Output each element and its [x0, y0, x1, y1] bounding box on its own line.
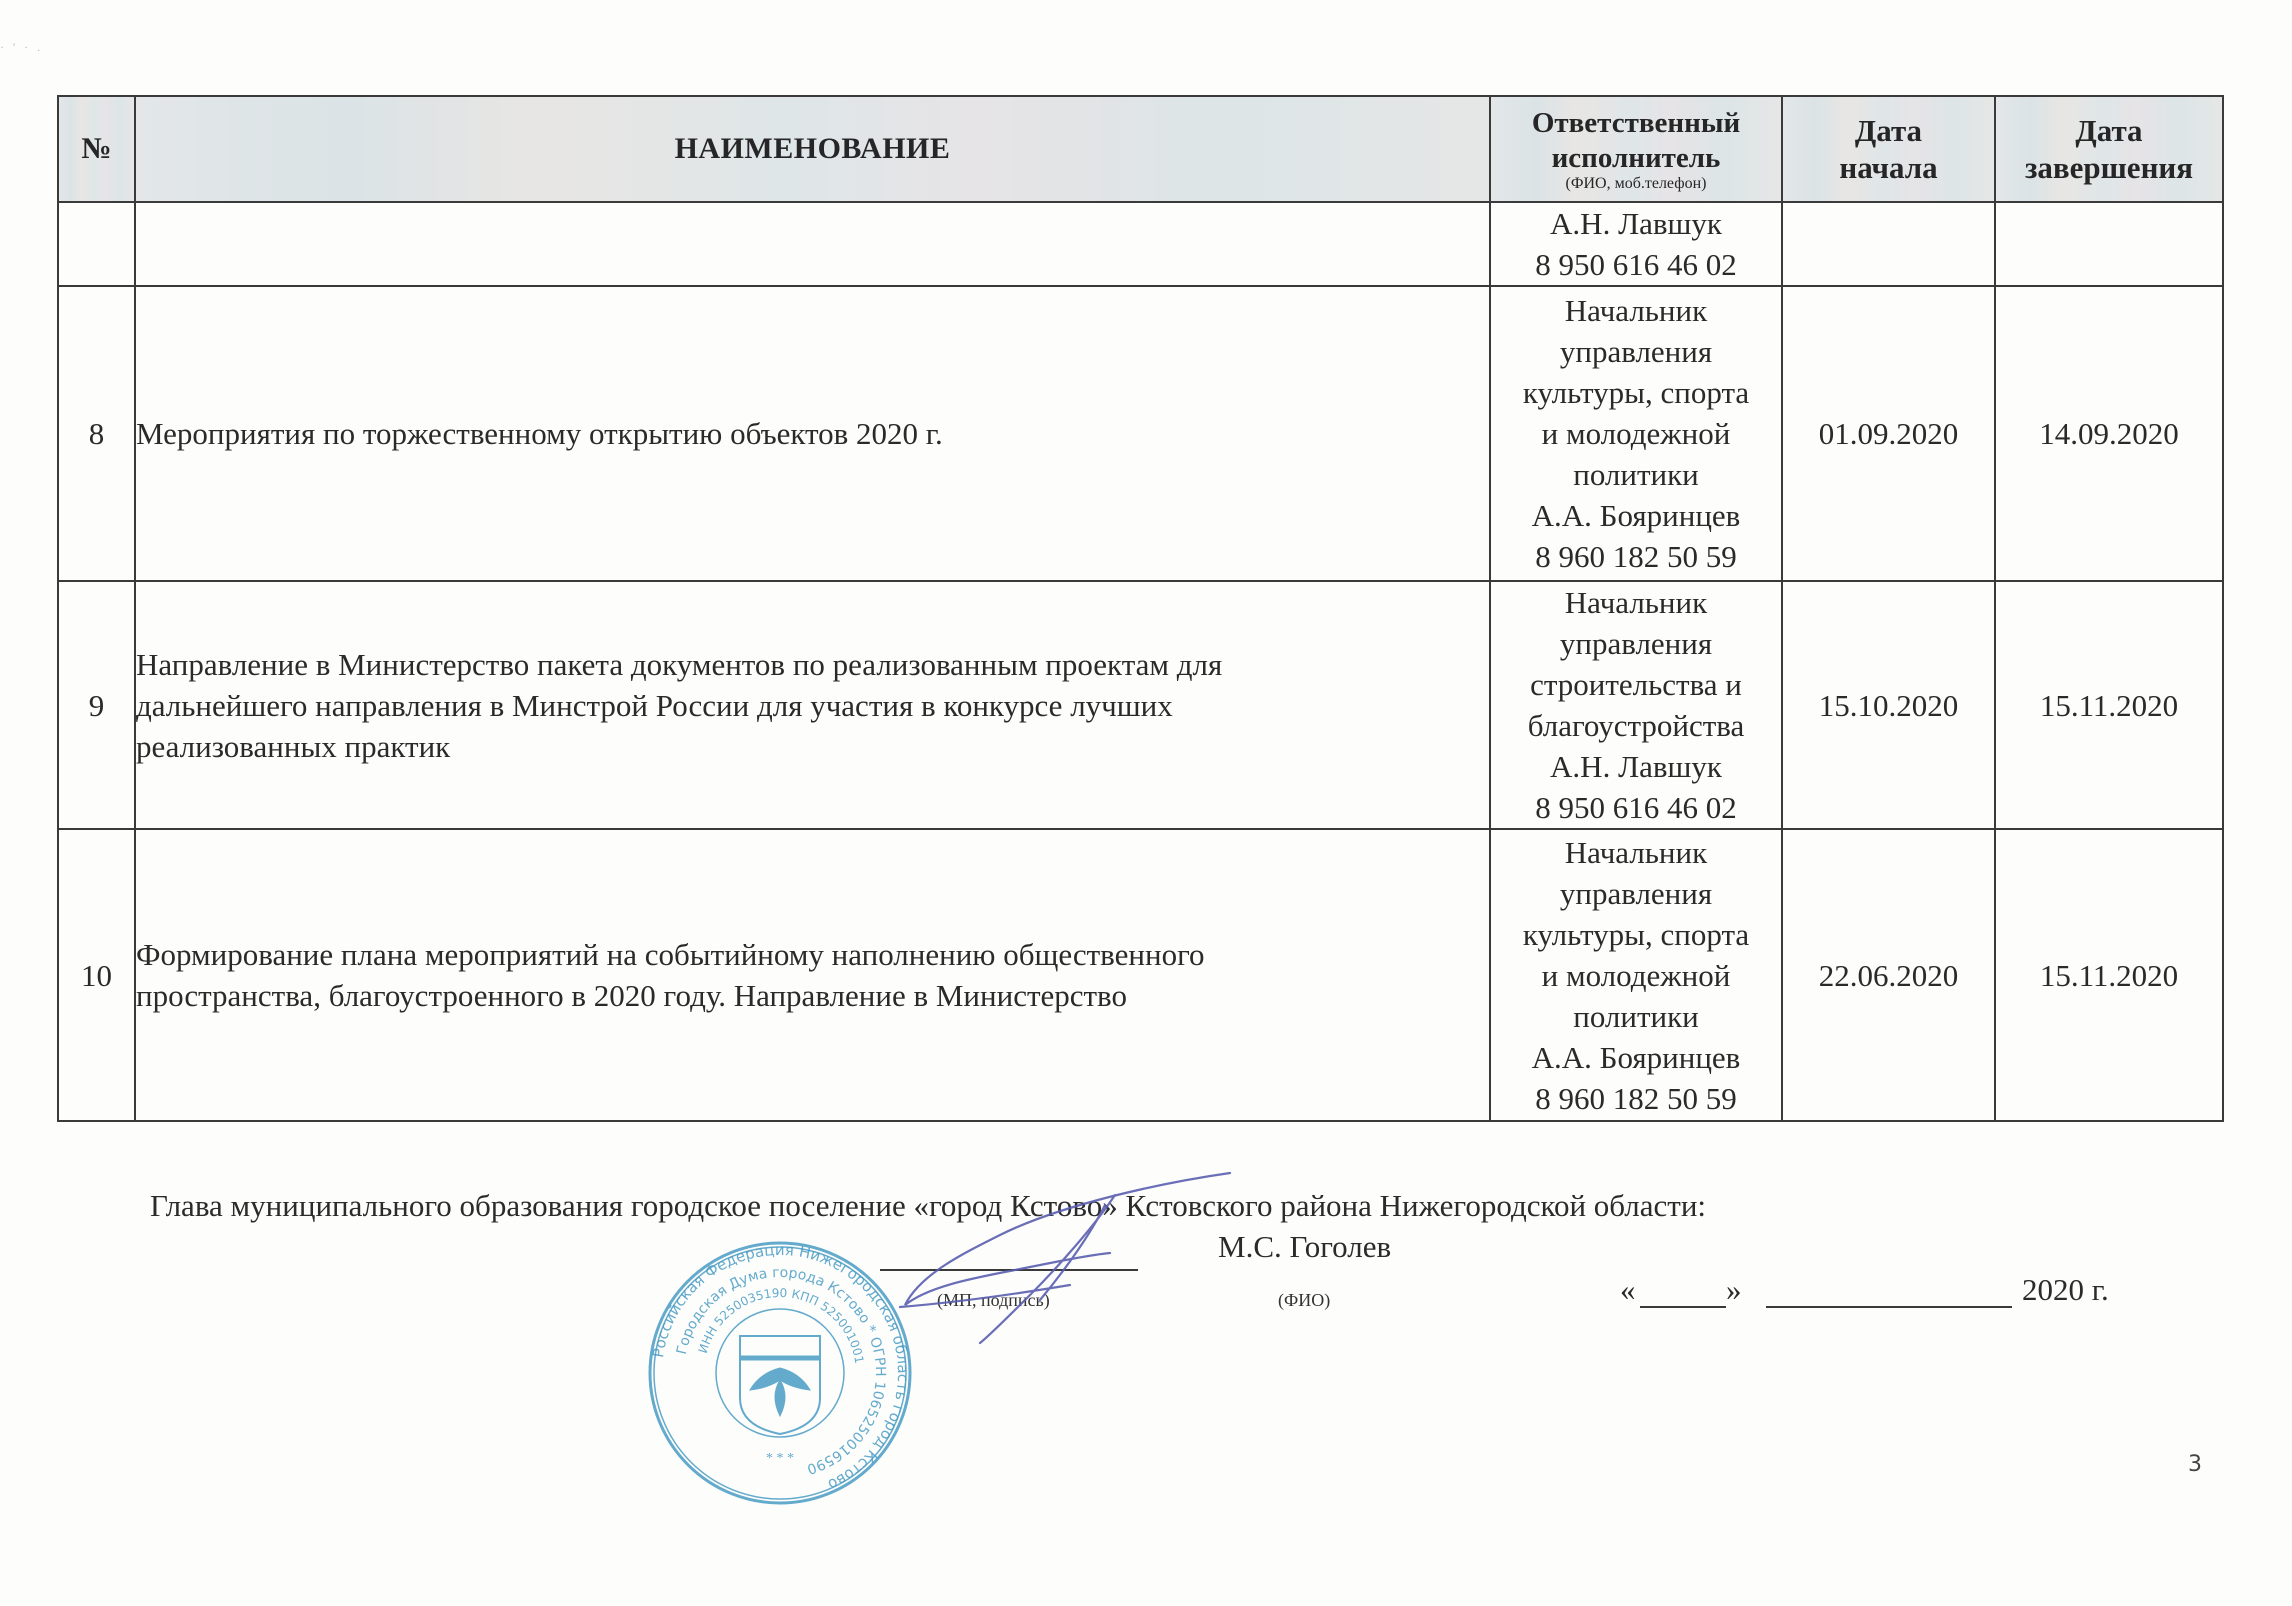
table-row: 8 Мероприятия по торжественному открытию…: [58, 286, 2223, 581]
responsible-line: управления: [1491, 623, 1781, 664]
responsible-line: благоустройства: [1491, 705, 1781, 746]
header-name: НАИМЕНОВАНИЕ: [135, 96, 1490, 202]
responsible-line: 8 960 182 50 59: [1491, 1078, 1781, 1119]
plan-table: № НАИМЕНОВАНИЕ Ответственный исполнитель…: [57, 95, 2224, 1122]
responsible-line: А.А. Бояринцев: [1491, 495, 1781, 536]
responsible-line: 8 950 616 46 02: [1491, 244, 1781, 285]
table-header-row: № НАИМЕНОВАНИЕ Ответственный исполнитель…: [58, 96, 2223, 202]
cell-number: 8: [58, 286, 135, 581]
responsible-line: 8 960 182 50 59: [1491, 536, 1781, 577]
cell-responsible: Начальник управления культуры, спорта и …: [1490, 286, 1782, 581]
header-responsible-sub: (ФИО, моб.телефон): [1491, 176, 1781, 192]
cell-responsible: Начальник управления строительства и бла…: [1490, 581, 1782, 829]
scan-artifact: · ' · .: [0, 40, 90, 80]
cell-number: 9: [58, 581, 135, 829]
header-start-date: Дата начала: [1782, 96, 1995, 202]
responsible-line: культуры, спорта: [1491, 914, 1781, 955]
official-stamp-icon: * * * Российская Федерация Нижегородская…: [645, 1238, 915, 1508]
responsible-line: Начальник: [1491, 582, 1781, 623]
header-start-line2: начала: [1839, 150, 1937, 185]
responsible-line: и молодежной: [1491, 955, 1781, 996]
signatory-name: М.С. Гоголев: [1218, 1229, 1391, 1265]
cell-end-date: 15.11.2020: [1995, 829, 2223, 1121]
responsible-line: и молодежной: [1491, 413, 1781, 454]
cell-name: Формирование плана мероприятий на событи…: [135, 829, 1490, 1121]
cell-name: Направление в Министерство пакета докуме…: [135, 581, 1490, 829]
responsible-line: управления: [1491, 873, 1781, 914]
cell-number: [58, 202, 135, 286]
header-end-line2: завершения: [2025, 150, 2193, 185]
responsible-line: А.Н. Лавшук: [1491, 203, 1781, 244]
responsible-line: 8 950 616 46 02: [1491, 787, 1781, 828]
cell-end-date: 15.11.2020: [1995, 581, 2223, 829]
page-number: 3: [2188, 1452, 2202, 1477]
cell-end-date: [1995, 202, 2223, 286]
date-open-quote: «: [1620, 1272, 1636, 1308]
signatory-title: Глава муниципального образования городск…: [150, 1188, 1706, 1224]
table-row: 9 Направление в Министерство пакета доку…: [58, 581, 2223, 829]
cell-start-date: 01.09.2020: [1782, 286, 1995, 581]
caption-name: (ФИО): [1278, 1290, 1330, 1311]
header-end-line1: Дата: [2075, 113, 2142, 148]
table-row-continued: А.Н. Лавшук 8 950 616 46 02: [58, 202, 2223, 286]
header-end-date: Дата завершения: [1995, 96, 2223, 202]
date-close-quote: »: [1726, 1272, 1742, 1308]
cell-responsible: А.Н. Лавшук 8 950 616 46 02: [1490, 202, 1782, 286]
responsible-line: политики: [1491, 454, 1781, 495]
table-row: 10 Формирование плана мероприятий на соб…: [58, 829, 2223, 1121]
cell-responsible: Начальник управления культуры, спорта и …: [1490, 829, 1782, 1121]
header-responsible: Ответственный исполнитель (ФИО, моб.теле…: [1490, 96, 1782, 202]
responsible-line: А.А. Бояринцев: [1491, 1037, 1781, 1078]
cell-end-date: 14.09.2020: [1995, 286, 2223, 581]
date-month-blank: [1766, 1306, 2012, 1308]
header-responsible-label: Ответственный исполнитель: [1532, 107, 1740, 174]
cell-start-date: 22.06.2020: [1782, 829, 1995, 1121]
header-number: №: [58, 96, 135, 202]
caption-signature: (МП, подпись): [937, 1290, 1050, 1311]
responsible-line: Начальник: [1491, 290, 1781, 331]
svg-text:* * *: * * *: [766, 1451, 794, 1466]
cell-start-date: [1782, 202, 1995, 286]
date-year: 2020 г.: [2022, 1272, 2109, 1308]
cell-name: [135, 202, 1490, 286]
cell-number: 10: [58, 829, 135, 1121]
date-day-blank: [1640, 1306, 1726, 1308]
signature-underline: [880, 1269, 1138, 1271]
responsible-line: А.Н. Лавшук: [1491, 746, 1781, 787]
cell-name: Мероприятия по торжественному открытию о…: [135, 286, 1490, 581]
responsible-line: Начальник: [1491, 832, 1781, 873]
responsible-line: строительства и: [1491, 664, 1781, 705]
cell-start-date: 15.10.2020: [1782, 581, 1995, 829]
responsible-line: управления: [1491, 331, 1781, 372]
responsible-line: политики: [1491, 996, 1781, 1037]
header-start-line1: Дата: [1855, 113, 1922, 148]
responsible-line: культуры, спорта: [1491, 372, 1781, 413]
